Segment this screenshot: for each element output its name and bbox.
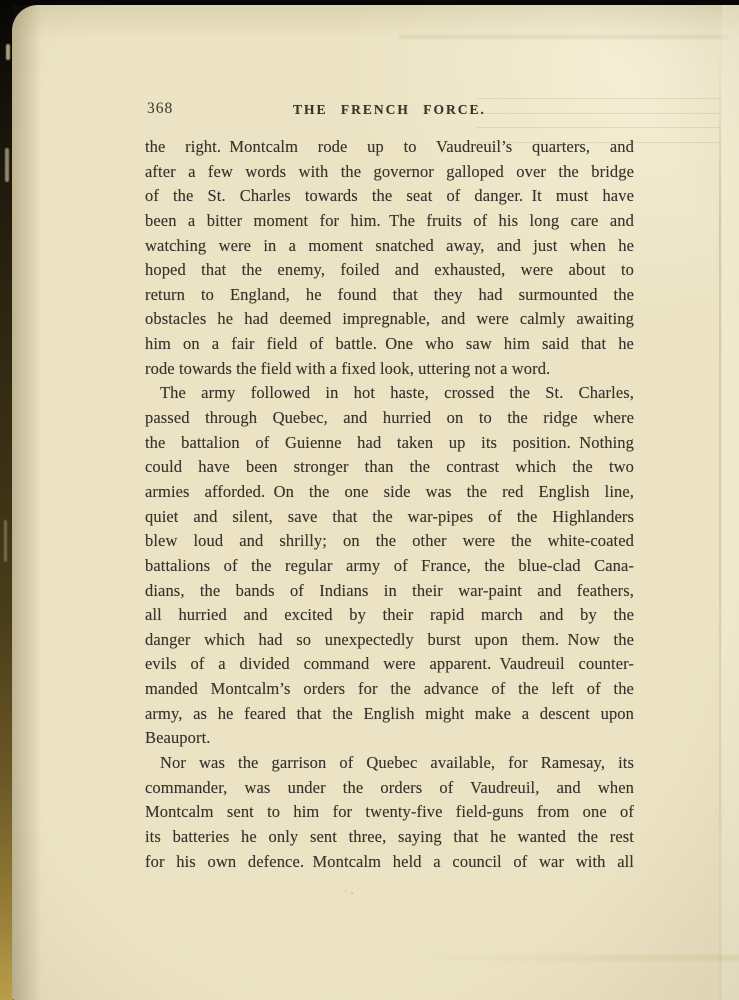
text-line: for his own defence. Montcalm held a cou… xyxy=(145,850,634,875)
text-line: passed through Quebec, and hurried on to… xyxy=(145,406,634,431)
text-line: return to England, he found that they ha… xyxy=(145,283,634,308)
stray-mark: ˈ· xyxy=(344,889,357,900)
text-line: rode towards the field with a fixed look… xyxy=(145,357,634,382)
text-line: could have been stronger than the contra… xyxy=(145,455,634,480)
page-edge-crease xyxy=(719,45,721,1000)
paper-ridge xyxy=(477,98,719,99)
gutter-shadow xyxy=(12,5,42,1000)
text-line: The army followed in hot haste, crossed … xyxy=(145,381,634,406)
text-line: been a bitter moment for him. The fruits… xyxy=(145,209,634,234)
text-line: Nor was the garrison of Quebec available… xyxy=(145,751,634,776)
paper-ridge xyxy=(477,127,719,128)
text-line: blew loud and shrilly; on the other were… xyxy=(145,529,634,554)
paper-streak xyxy=(399,35,729,39)
text-line: army, as he feared that the English migh… xyxy=(145,702,634,727)
text-line: of the St. Charles towards the seat of d… xyxy=(145,184,634,209)
text-line: watching were in a moment snatched away,… xyxy=(145,234,634,259)
running-title: THE FRENCH FORCE. xyxy=(145,102,634,118)
text-line: after a few words with the governor gall… xyxy=(145,160,634,185)
text-line: hoped that the enemy, foiled and exhaust… xyxy=(145,258,634,283)
text-line: commander, was under the orders of Vaudr… xyxy=(145,776,634,801)
binding-highlight xyxy=(5,148,9,182)
text-line: him on a fair field of battle. One who s… xyxy=(145,332,634,357)
text-line: quiet and silent, save that the war-pipe… xyxy=(145,505,634,530)
text-line: evils of a divided command were apparent… xyxy=(145,652,634,677)
top-shadow xyxy=(12,5,739,39)
text-line: all hurried and excited by their rapid m… xyxy=(145,603,634,628)
text-line: battalions of the regular army of France… xyxy=(145,554,634,579)
page-edge-band xyxy=(722,5,739,1000)
text-line: manded Montcalm’s orders for the advance… xyxy=(145,677,634,702)
text-line: its batteries he only sent three, saying… xyxy=(145,825,634,850)
text-line: armies afforded. On the one side was the… xyxy=(145,480,634,505)
running-header: 368 THE FRENCH FORCE. xyxy=(145,100,634,120)
book-page: 368 THE FRENCH FORCE. the right. Montcal… xyxy=(12,5,739,1000)
text-line: Beauport. xyxy=(145,726,634,751)
text-line: obstacles he had deemed impregnable, and… xyxy=(145,307,634,332)
binding-highlight xyxy=(4,520,7,562)
text-line: danger which had so unexpectedly burst u… xyxy=(145,628,634,653)
book-scan: 368 THE FRENCH FORCE. the right. Montcal… xyxy=(0,0,739,1000)
text-line: the battalion of Guienne had taken up it… xyxy=(145,431,634,456)
scan-top-edge xyxy=(0,0,739,5)
paper-streak xyxy=(372,955,739,961)
binding-highlight xyxy=(6,44,10,60)
text-line: the right. Montcalm rode up to Vaudreuil… xyxy=(145,135,634,160)
text-line: dians, the bands of Indians in their war… xyxy=(145,579,634,604)
page-body: the right. Montcalm rode up to Vaudreuil… xyxy=(145,135,634,874)
text-line: Montcalm sent to him for twenty-five fie… xyxy=(145,800,634,825)
